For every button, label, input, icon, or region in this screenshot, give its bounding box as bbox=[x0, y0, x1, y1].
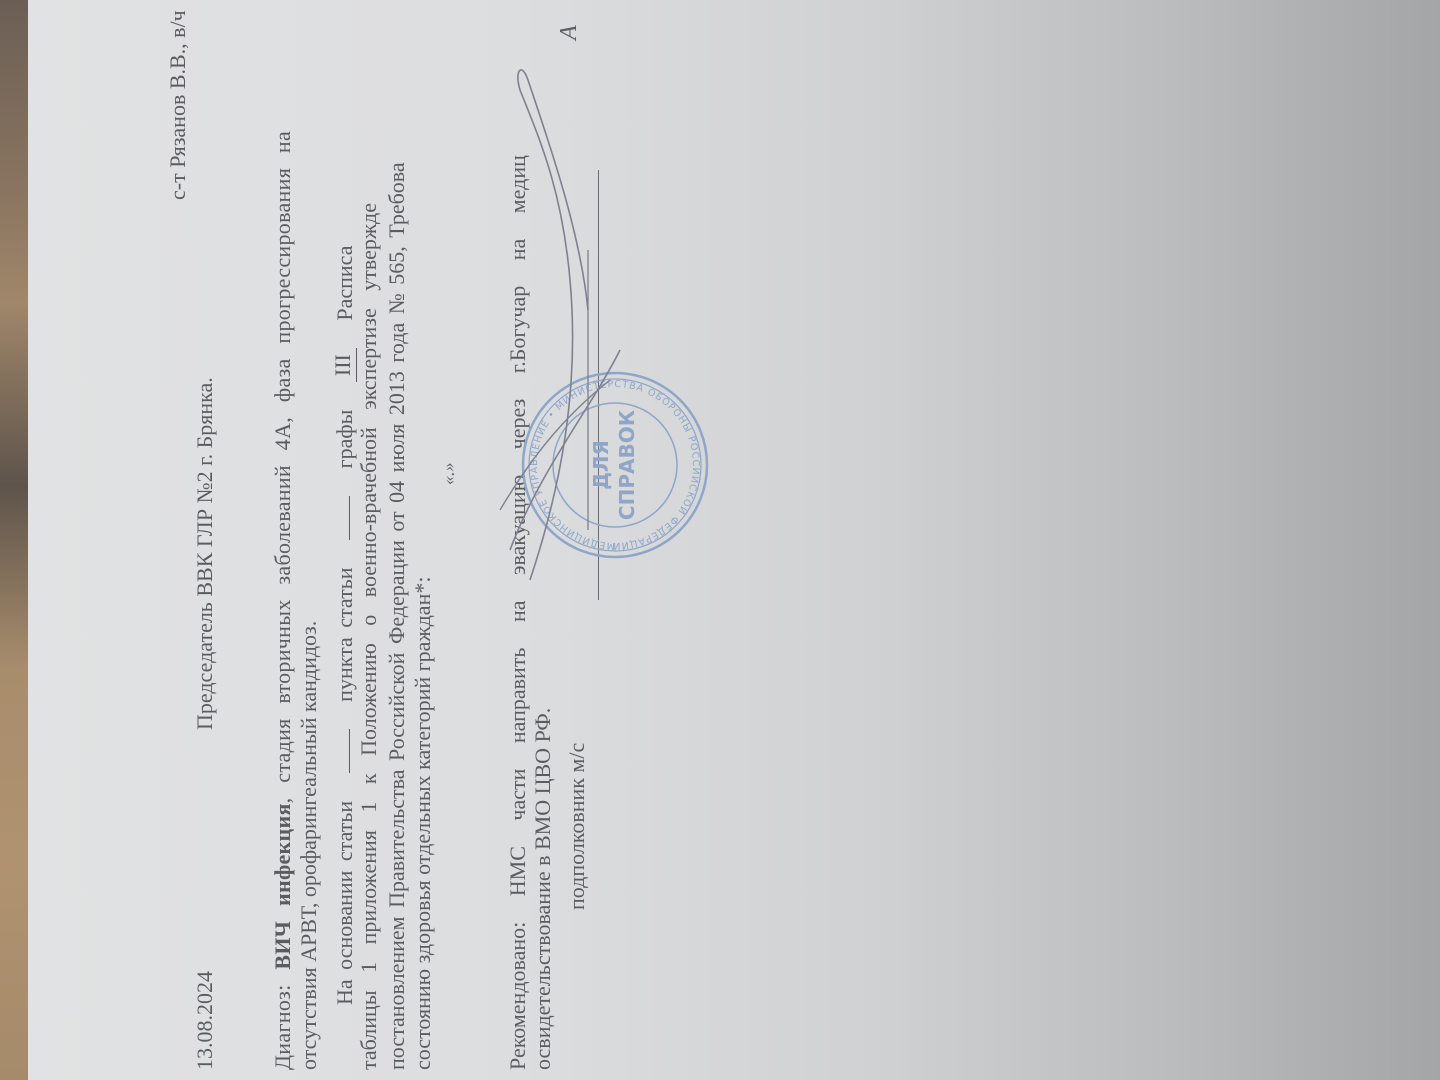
blank-article bbox=[349, 729, 350, 773]
basis-tail: Расписа bbox=[332, 246, 357, 321]
diagnosis-line-2: отсутствия АРВТ, орофарингеальный кандид… bbox=[296, 621, 322, 1070]
blank-point bbox=[349, 496, 350, 540]
diagnosis-bold: ВИЧ инфекция bbox=[270, 803, 295, 969]
category-quote: «.» bbox=[438, 463, 459, 486]
document-date: 13.08.2024 bbox=[192, 971, 218, 1070]
basis-column: графы bbox=[332, 410, 357, 469]
basis-line-4: состоянию здоровья отдельных категорий г… bbox=[410, 577, 436, 1070]
chairman-title: Председатель ВВК ГЛР №2 г. Брянка. bbox=[192, 377, 218, 730]
signatory-top: с-т Рязанов В.В., в/ч bbox=[165, 10, 191, 200]
basis-article: На основании статьи bbox=[332, 801, 357, 1005]
basis-line-3: постановлением Правительства Российской … bbox=[384, 162, 410, 1070]
diagnosis-line-1: Диагноз: ВИЧ инфекция, стадия вторичных … bbox=[270, 131, 296, 1070]
rotated-document: 13.08.2024 Председатель ВВК ГЛР №2 г. Бр… bbox=[0, 0, 1440, 1080]
recommendation-line-2: освидетельствование в ВМО ЦВО РФ. bbox=[530, 708, 556, 1070]
handwritten-signature-icon bbox=[470, 50, 640, 610]
basis-line-2: таблицы 1 приложения 1 к Положению о вое… bbox=[356, 203, 382, 1070]
basis-point: пункта статьи bbox=[332, 567, 357, 701]
diagnosis-rest: , стадия вторичных заболеваний 4А, фаза … bbox=[270, 131, 295, 803]
basis-line-1: На основании статьи пункта статьи графы … bbox=[330, 246, 358, 1005]
signature-initial: А bbox=[556, 25, 583, 40]
diagnosis-label: Диагноз: bbox=[270, 984, 295, 1070]
signer-rank: подполковник м/с bbox=[564, 743, 590, 910]
basis-column-value: III bbox=[330, 348, 357, 382]
